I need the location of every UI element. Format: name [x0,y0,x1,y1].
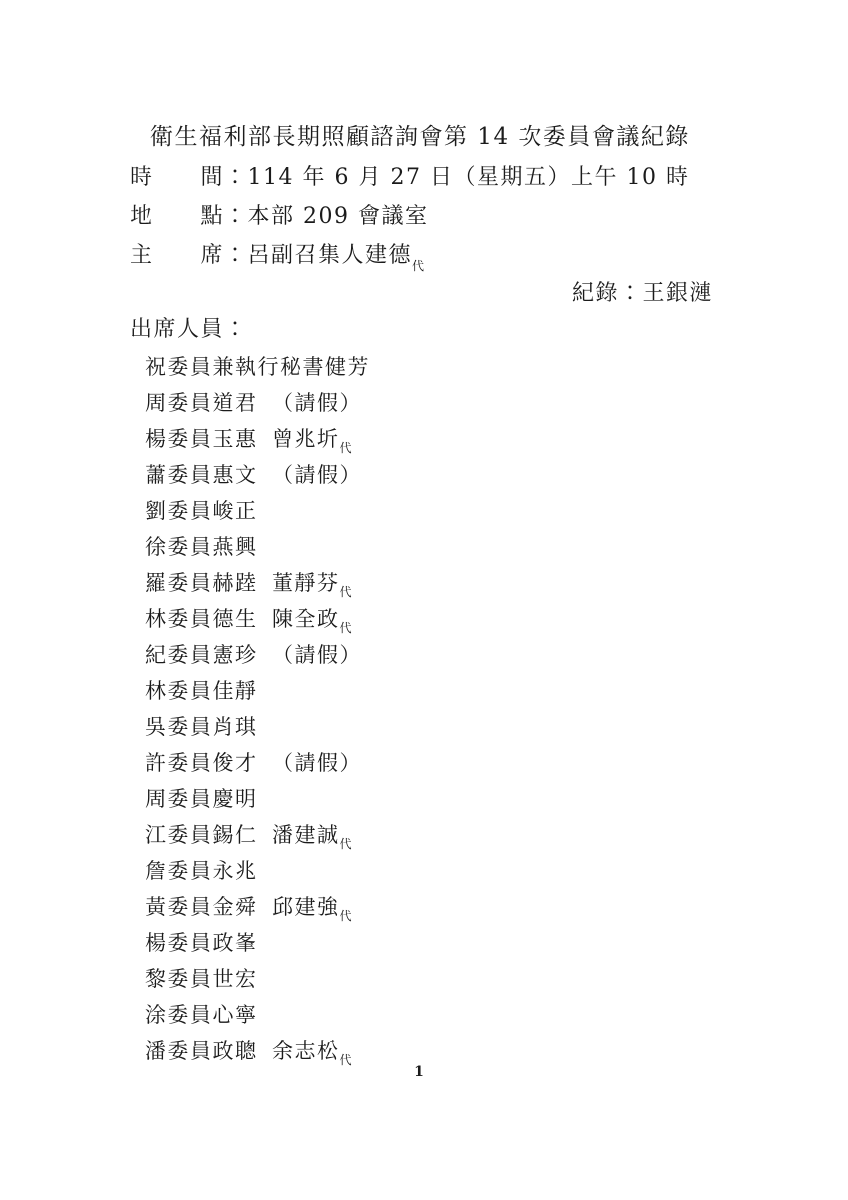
attendee-name: 周委員道君 [145,387,272,417]
attendee-name: 蕭委員惠文 [145,459,272,489]
document-sheet: 衛生福利部長期照顧諮詢會第 14 次委員會議紀錄 時 間：114 年 6 月 2… [0,0,848,1200]
attendee-name: 周委員慶明 [145,783,272,813]
meta-value: 本部 209 會議室 [248,199,429,230]
attendee-name: 祝委員兼執行秘書健芳 [145,351,370,381]
attendee-row: 林委員佳靜 [145,675,370,711]
attendee-row: 楊委員政峯 [145,927,370,963]
attendee-row: 吳委員肖琪 [145,711,370,747]
attendee-row: 許委員俊才（請假） [145,747,370,783]
attendee-row: 潘委員政聰余志松代 [145,1035,370,1071]
attendee-substitute: 董靜芬 [272,567,340,597]
attendee-row: 周委員道君（請假） [145,387,370,423]
attendee-name: 吳委員肖琪 [145,711,272,741]
attendee-name: 許委員俊才 [145,747,272,777]
attendee-row: 周委員慶明 [145,783,370,819]
attendee-substitute: 曾兆圻 [272,423,340,453]
page-number: 1 [404,1064,434,1080]
meta-row: 地 點：本部 209 會議室 [130,199,689,238]
attendee-note: （請假） [272,387,362,417]
page-title: 衛生福利部長期照顧諮詢會第 14 次委員會議紀錄 [150,118,690,151]
attendee-row: 詹委員永兆 [145,855,370,891]
substitute-suffix: 代 [340,439,352,459]
attendee-note: （請假） [272,459,362,489]
attendee-name: 林委員佳靜 [145,675,272,705]
meta-row: 主 席：呂副召集人建德代 [130,238,689,277]
substitute-suffix: 代 [340,835,352,855]
attendee-name: 潘委員政聰 [145,1035,272,1065]
attendee-row: 林委員德生陳全政代 [145,603,370,639]
attendee-name: 黎委員世宏 [145,963,272,993]
attendee-substitute: 陳全政 [272,603,340,633]
attendee-name: 林委員德生 [145,603,272,633]
meta-label: 主 席： [130,238,248,269]
substitute-suffix: 代 [340,619,352,639]
attendee-name: 涂委員心寧 [145,999,272,1029]
meta-row: 時 間：114 年 6 月 27 日（星期五）上午 10 時 [130,160,689,199]
attendee-list: 祝委員兼執行秘書健芳 周委員道君（請假） 楊委員玉惠曾兆圻代 蕭委員惠文（請假）… [145,351,370,1071]
attendee-row: 黎委員世宏 [145,963,370,999]
attendee-name: 黃委員金舜 [145,891,272,921]
recorder-line: 紀錄：王銀漣 [572,276,713,307]
attendee-name: 江委員錫仁 [145,819,272,849]
attendee-row: 楊委員玉惠曾兆圻代 [145,423,370,459]
attendee-substitute: 邱建強 [272,891,340,921]
substitute-suffix: 代 [340,907,352,927]
meta-value: 呂副召集人建德 [248,238,413,269]
attendee-row: 黃委員金舜邱建強代 [145,891,370,927]
attendee-row: 蕭委員惠文（請假） [145,459,370,495]
attendee-row: 江委員錫仁潘建誠代 [145,819,370,855]
attendee-name: 楊委員政峯 [145,927,272,957]
meta-label: 地 點： [130,199,248,230]
attendee-name: 楊委員玉惠 [145,423,272,453]
attendee-note: （請假） [272,639,362,669]
attendee-substitute: 余志松 [272,1035,340,1065]
attendee-substitute: 潘建誠 [272,819,340,849]
attendee-row: 涂委員心寧 [145,999,370,1035]
attendee-name: 徐委員燕興 [145,531,272,561]
attendee-name: 羅委員赫踛 [145,567,272,597]
substitute-suffix: 代 [412,257,424,277]
meta-label: 時 間： [130,160,248,191]
attendee-row: 紀委員憲珍（請假） [145,639,370,675]
attendee-row: 徐委員燕興 [145,531,370,567]
attendee-name: 紀委員憲珍 [145,639,272,669]
attendee-note: （請假） [272,747,362,777]
meta-value: 114 年 6 月 27 日（星期五）上午 10 時 [248,160,690,191]
attendee-row: 劉委員峻正 [145,495,370,531]
attendees-heading: 出席人員： [130,312,248,343]
attendee-name: 劉委員峻正 [145,495,272,525]
meta-block: 時 間：114 年 6 月 27 日（星期五）上午 10 時 地 點：本部 20… [130,160,689,277]
attendee-row: 羅委員赫踛董靜芬代 [145,567,370,603]
attendee-name: 詹委員永兆 [145,855,272,885]
substitute-suffix: 代 [340,583,352,603]
attendee-row: 祝委員兼執行秘書健芳 [145,351,370,387]
substitute-suffix: 代 [340,1051,352,1071]
